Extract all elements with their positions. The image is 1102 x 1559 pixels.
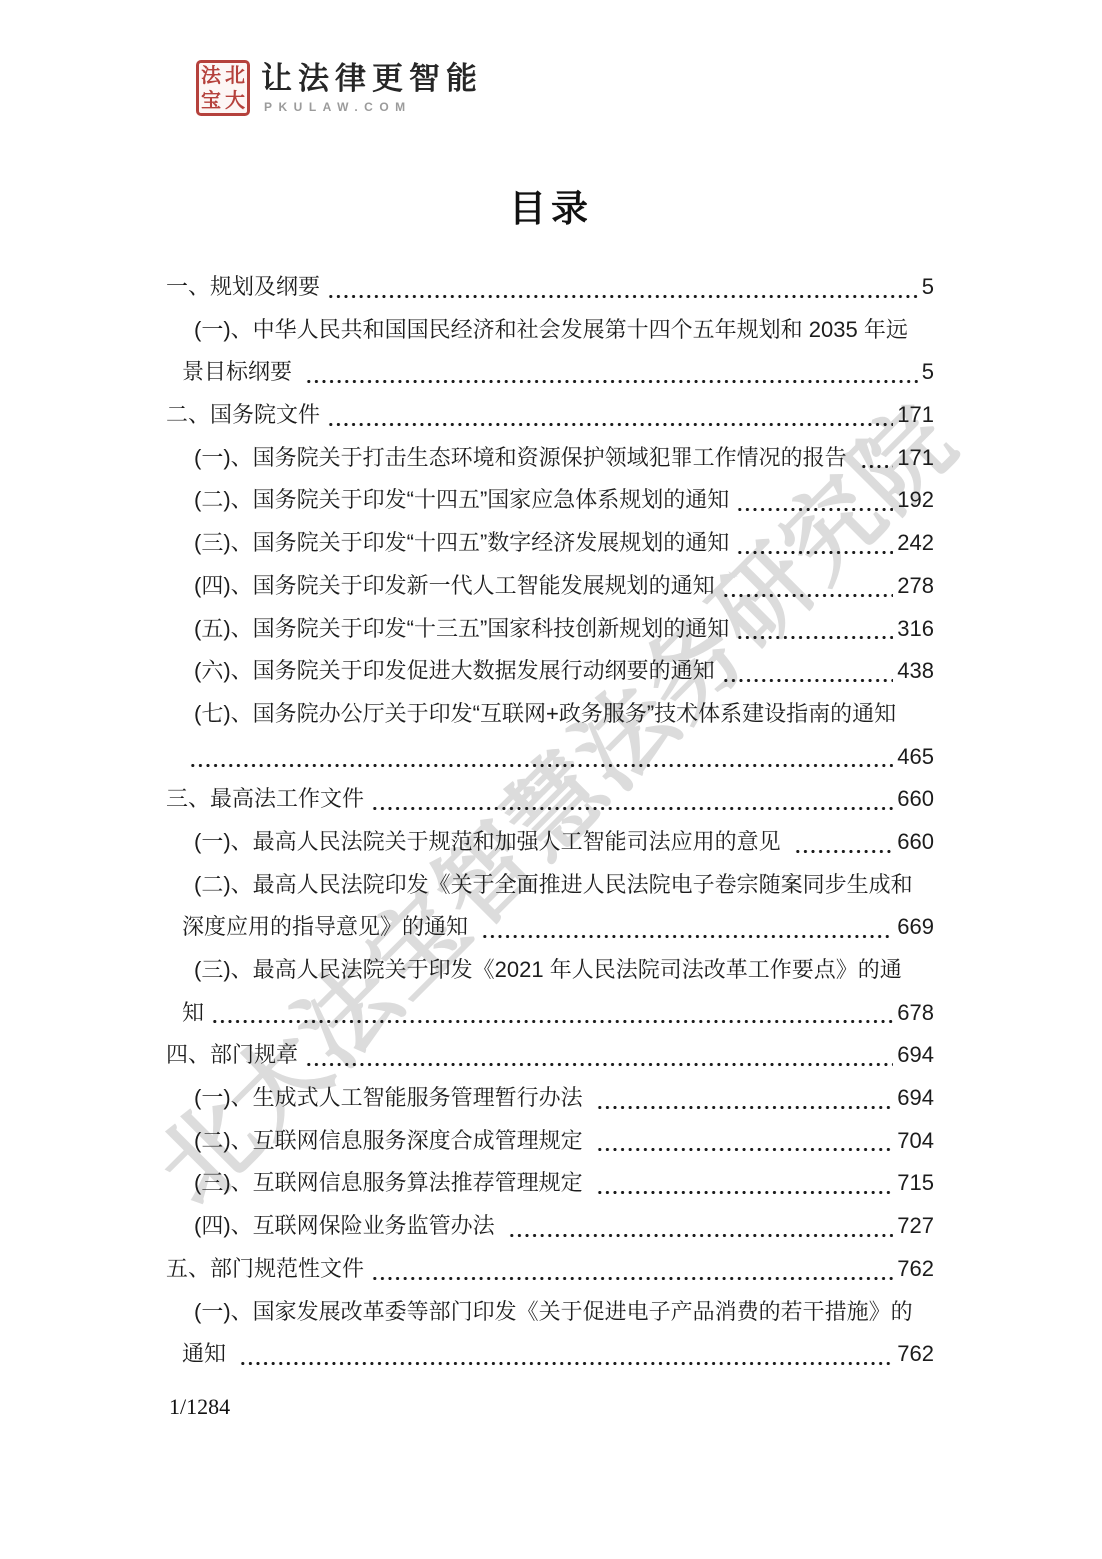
toc-page-number: 278 — [897, 565, 934, 608]
toc-entry-text: (一)、最高人民法院关于规范和加强人工智能司法应用的意见 — [194, 821, 787, 864]
toc-page-number: 694 — [897, 1034, 934, 1077]
toc-page-number: 438 — [897, 650, 934, 693]
toc-entry-line: 一、规划及纲要5 — [166, 266, 934, 309]
dot-leader — [596, 1162, 894, 1205]
toc-entry-line: 景目标纲要 5 — [166, 351, 934, 394]
dot-leader — [239, 1333, 893, 1376]
toc-page-number: 715 — [897, 1162, 934, 1205]
toc-page-number: 762 — [897, 1248, 934, 1291]
toc-entry-line: 二、国务院文件171 — [166, 394, 934, 437]
toc-page-number: 660 — [897, 821, 934, 864]
toc-page-number: 5 — [922, 266, 934, 309]
toc-entry-line: 知678 — [166, 992, 934, 1035]
toc-entry-line: (一)、国务院关于打击生态环境和资源保护领域犯罪工作情况的报告 171 — [166, 437, 934, 480]
toc-entry-text: 三、最高法工作文件 — [166, 778, 364, 821]
toc-entry-text: (二)、最高人民法院印发《关于全面推进人民法院电子卷宗随案同步生成和 — [194, 864, 913, 907]
toc-entry-text: (七)、国务院办公厅关于印发“互联网+政务服务”技术体系建设指南的通知 — [194, 693, 896, 736]
toc-entry-line: (五)、国务院关于印发“十三五”国家科技创新规划的通知316 — [166, 608, 934, 651]
toc-entry-text: 一、规划及纲要 — [166, 266, 320, 309]
dot-leader — [211, 992, 893, 1035]
toc-entry-line: 五、部门规范性文件762 — [166, 1248, 934, 1291]
dot-leader — [327, 394, 893, 437]
toc-entry-text: (二)、国务院关于印发“十四五”国家应急体系规划的通知 — [194, 479, 729, 522]
dot-leader — [327, 266, 918, 309]
toc-entry-text: (三)、互联网信息服务算法推荐管理规定 — [194, 1162, 589, 1205]
toc-entry-line: (六)、国务院关于印发促进大数据发展行动纲要的通知438 — [166, 650, 934, 693]
toc-entry-line: 三、最高法工作文件660 — [166, 778, 934, 821]
toc-page-number: 669 — [897, 906, 934, 949]
seal-char: 北 — [225, 66, 245, 86]
dot-leader — [305, 351, 918, 394]
toc-entry-line: (七)、国务院办公厅关于印发“互联网+政务服务”技术体系建设指南的通知 — [166, 693, 934, 736]
toc-entry-text: (四)、国务院关于印发新一代人工智能发展规划的通知 — [194, 565, 715, 608]
toc-entry-text: 五、部门规范性文件 — [166, 1248, 364, 1291]
toc-entry-line: (二)、国务院关于印发“十四五”国家应急体系规划的通知192 — [166, 479, 934, 522]
dot-leader — [596, 1077, 894, 1120]
toc-entry-text: (一)、国家发展改革委等部门印发《关于促进电子产品消费的若干措施》的 — [194, 1291, 913, 1334]
pkulaw-logo: 法 北 宝 大 让法律更智能 PKULAW.COM — [196, 60, 483, 116]
seal-char: 法 — [201, 66, 221, 86]
toc-entry-text: (二)、互联网信息服务深度合成管理规定 — [194, 1120, 589, 1163]
dot-leader — [371, 1248, 893, 1291]
toc-page-number: 171 — [897, 437, 934, 480]
toc-page-number: 316 — [897, 608, 934, 651]
toc-entry-text: (一)、中华人民共和国国民经济和社会发展第十四个五年规划和 2035 年远 — [194, 309, 908, 352]
page-number-footer: 1/1284 — [169, 1394, 230, 1420]
toc-page-number: 694 — [897, 1077, 934, 1120]
logo-domain-text: PKULAW.COM — [261, 100, 483, 114]
toc-entry-line: (一)、最高人民法院关于规范和加强人工智能司法应用的意见 660 — [166, 821, 934, 864]
toc-entry-text: 二、国务院文件 — [166, 394, 320, 437]
toc-entry-line: (四)、国务院关于印发新一代人工智能发展规划的通知278 — [166, 565, 934, 608]
toc-entry-text: (三)、国务院关于印发“十四五”数字经济发展规划的通知 — [194, 522, 729, 565]
toc-page-number: 727 — [897, 1205, 934, 1248]
dot-leader — [508, 1205, 894, 1248]
toc-entry-text: 景目标纲要 — [182, 351, 298, 394]
toc-list: 一、规划及纲要5(一)、中华人民共和国国民经济和社会发展第十四个五年规划和 20… — [166, 266, 934, 1376]
toc-page-number: 465 — [897, 736, 934, 779]
dot-leader — [371, 778, 893, 821]
seal-char: 宝 — [201, 91, 221, 111]
toc-entry-line: (一)、中华人民共和国国民经济和社会发展第十四个五年规划和 2035 年远 — [166, 309, 934, 352]
dot-leader — [736, 608, 893, 651]
dot-leader — [596, 1120, 894, 1163]
toc-entry-line: 通知 762 — [166, 1333, 934, 1376]
dot-leader — [722, 565, 894, 608]
toc-entry-line: (三)、互联网信息服务算法推荐管理规定 715 — [166, 1162, 934, 1205]
toc-entry-text: (一)、国务院关于打击生态环境和资源保护领域犯罪工作情况的报告 — [194, 437, 853, 480]
toc-entry-text: 四、部门规章 — [166, 1034, 298, 1077]
toc-page-number: 704 — [897, 1120, 934, 1163]
dot-leader — [481, 906, 893, 949]
toc-page-number: 242 — [897, 522, 934, 565]
dot-leader — [722, 650, 894, 693]
toc-entry-line: 四、部门规章694 — [166, 1034, 934, 1077]
page-title: 目录 — [0, 178, 1102, 232]
toc-entry-line: (三)、最高人民法院关于印发《2021 年人民法院司法改革工作要点》的通 — [166, 949, 934, 992]
dot-leader — [736, 522, 893, 565]
toc-entry-text: (一)、生成式人工智能服务管理暂行办法 — [194, 1077, 589, 1120]
toc-entry-text: 通知 — [182, 1333, 232, 1376]
toc-entry-text: (三)、最高人民法院关于印发《2021 年人民法院司法改革工作要点》的通 — [194, 949, 902, 992]
toc-entry-text: 深度应用的指导意见》的通知 — [182, 906, 474, 949]
toc-entry-text: 知 — [182, 992, 204, 1035]
dot-leader — [305, 1034, 893, 1077]
dot-leader — [736, 479, 893, 522]
toc-entry-text: (六)、国务院关于印发促进大数据发展行动纲要的通知 — [194, 650, 715, 693]
logo-text-block: 让法律更智能 PKULAW.COM — [261, 60, 483, 114]
toc-page-number: 660 — [897, 778, 934, 821]
logo-slogan: 让法律更智能 — [261, 60, 483, 98]
toc-entry-line: (一)、国家发展改革委等部门印发《关于促进电子产品消费的若干措施》的 — [166, 1291, 934, 1334]
toc-page-number: 762 — [897, 1333, 934, 1376]
dot-leader — [189, 736, 893, 779]
toc-entry-line: (二)、最高人民法院印发《关于全面推进人民法院电子卷宗随案同步生成和 — [166, 864, 934, 907]
seal-char: 大 — [225, 91, 245, 111]
toc-entry-line: 465 — [166, 736, 934, 779]
toc-entry-line: 深度应用的指导意见》的通知 669 — [166, 906, 934, 949]
toc-entry-line: (三)、国务院关于印发“十四五”数字经济发展规划的通知242 — [166, 522, 934, 565]
pku-fabao-seal-icon: 法 北 宝 大 — [196, 60, 250, 116]
toc-entry-text: (四)、互联网保险业务监管办法 — [194, 1205, 501, 1248]
document-page: 北大法宝智慧法务研究院 法 北 宝 大 让法律更智能 PKULAW.COM 目录… — [0, 0, 1102, 1559]
toc-page-number: 192 — [897, 479, 934, 522]
dot-leader — [794, 821, 894, 864]
toc-page-number: 678 — [897, 992, 934, 1035]
toc-entry-line: (二)、互联网信息服务深度合成管理规定 704 — [166, 1120, 934, 1163]
toc-page-number: 5 — [922, 351, 934, 394]
dot-leader — [860, 437, 894, 480]
toc-page-number: 171 — [897, 394, 934, 437]
toc-entry-line: (一)、生成式人工智能服务管理暂行办法 694 — [166, 1077, 934, 1120]
toc-entry-text: (五)、国务院关于印发“十三五”国家科技创新规划的通知 — [194, 608, 729, 651]
toc-entry-line: (四)、互联网保险业务监管办法 727 — [166, 1205, 934, 1248]
